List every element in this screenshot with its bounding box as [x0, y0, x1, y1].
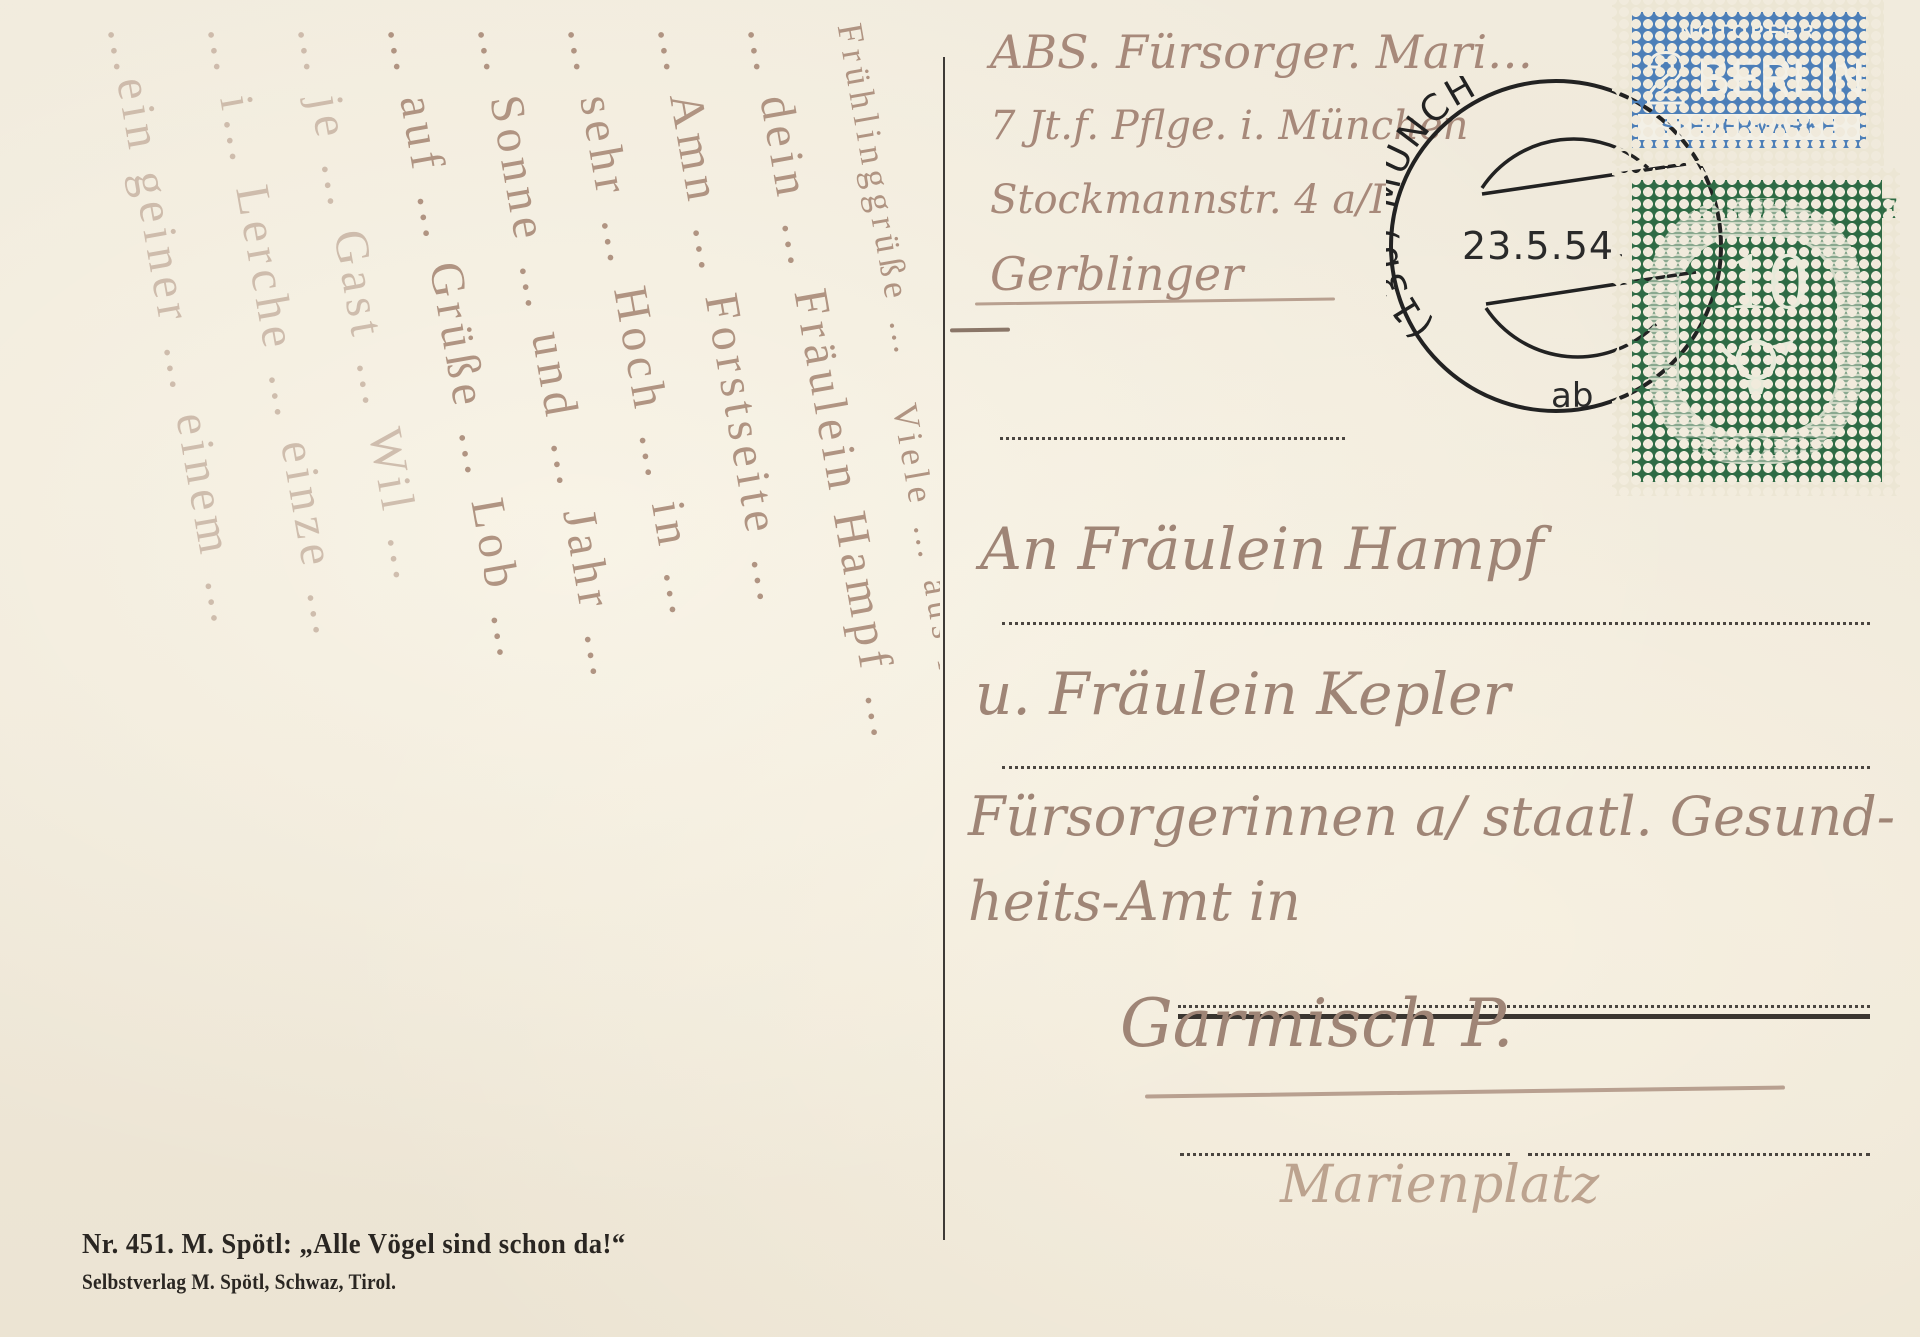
postmark-suffix: ab: [1551, 376, 1593, 416]
address-line: heits-Amt in: [968, 870, 1301, 933]
sender-line: Stockmannstr. 4 a/I: [990, 163, 1410, 237]
posthorn-icon: [1716, 332, 1796, 402]
sender-line: ABS. Fürsorger. Mari…: [990, 15, 1410, 89]
stamp-value: 10: [1698, 236, 1838, 326]
postcard: …ein geiner … einem … … i… Lerche … einz…: [0, 0, 1920, 1337]
sender-line: 7 Jt.f. Pflge. i. München: [990, 89, 1410, 163]
address-line: Fürsorgerinnen a/ staatl. Gesund-: [968, 785, 1895, 848]
sender-block: ABS. Fürsorger. Mari… 7 Jt.f. Pflge. i. …: [990, 15, 1410, 311]
pen-stroke: [950, 328, 1010, 333]
stamp-ring-text-top: DEUTSCHE: [1692, 192, 1905, 226]
address-line: An Fräulein Hampf: [980, 515, 1544, 583]
printed-caption: Nr. 451. M. Spötl: „Alle Vögel sind scho…: [82, 1228, 673, 1295]
stamp-band: STEUERMARKE: [1638, 114, 1860, 140]
divider-line: [943, 57, 945, 1240]
message-column: Frühlinggrüße …: [829, 20, 930, 363]
address-line: u. Fräulein Kepler: [975, 660, 1510, 728]
stamp-ring-text-bottom: BUNDESPOST: [1686, 432, 1879, 462]
stamp-notopfer-berlin: NOTOPFER 2 BERLIN STEUERMARKE: [1612, 0, 1884, 166]
city-underline: [1145, 1086, 1785, 1099]
handwritten-message: …ein geiner … einem … … i… Lerche … einz…: [0, 0, 940, 1337]
address-dotted-line: [1002, 766, 1870, 769]
address-line-city: Garmisch P.: [1120, 985, 1514, 1062]
stamp-name: BERLIN: [1698, 46, 1865, 110]
stamp-posthorn-10: DEUTSCHE BUNDESPOST 10: [1612, 168, 1900, 496]
caption-title: Nr. 451. M. Spötl: „Alle Vögel sind scho…: [82, 1228, 626, 1261]
address-dotted-line: [1000, 437, 1345, 440]
address-dotted-line: [1002, 622, 1870, 625]
stamp-value: 2: [1646, 48, 1686, 110]
caption-publisher: Selbstverlag M. Spötl, Schwaz, Tirol.: [82, 1269, 602, 1295]
address-line: Marienplatz: [1280, 1155, 1599, 1215]
postmark-date: 23.5.54.: [1462, 224, 1627, 268]
